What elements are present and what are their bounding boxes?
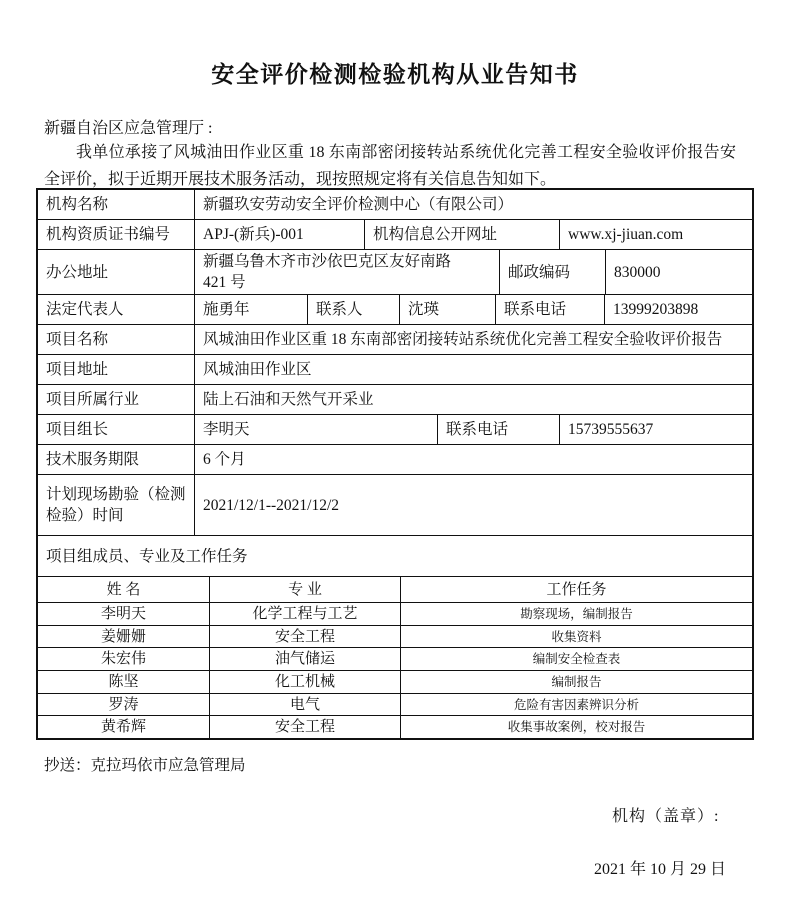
member-name-cell: 姜姗姗 bbox=[38, 626, 209, 648]
postcode-label: 邮政编码 bbox=[499, 250, 605, 294]
table-row-members-title: 项目组成员、专业及工作任务 bbox=[38, 535, 752, 576]
website-value: www.xj-jiuan.com bbox=[559, 220, 752, 249]
member-task-cell: 编制报告 bbox=[400, 671, 752, 693]
office-address-label: 办公地址 bbox=[38, 250, 194, 294]
member-row: 陈坚 化工机械 编制报告 bbox=[38, 670, 752, 693]
member-header-major: 专 业 bbox=[209, 577, 400, 602]
website-label: 机构信息公开网址 bbox=[364, 220, 559, 249]
project-name-label: 项目名称 bbox=[38, 325, 194, 354]
leader-label: 项目组长 bbox=[38, 415, 194, 444]
cert-no-value: APJ-(新兵)-001 bbox=[194, 220, 364, 249]
project-name-value: 风城油田作业区重 18 东南部密闭接转站系统优化完善工程安全验收评价报告 bbox=[194, 325, 752, 354]
table-row-leader: 项目组长 李明天 联系电话 15739555637 bbox=[38, 414, 752, 444]
table-row-org-name: 机构名称 新疆玖安劳动安全评价检测中心（有限公司） bbox=[38, 190, 752, 219]
table-row-address-postcode: 办公地址 新疆乌鲁木齐市沙依巴克区友好南路 421 号 邮政编码 830000 bbox=[38, 249, 752, 294]
seal-label: 机构（盖章）: bbox=[612, 803, 719, 826]
member-task-cell: 编制安全检查表 bbox=[400, 648, 752, 670]
table-row-survey-time: 计划现场勘验（检测检验）时间 2021/12/1--2021/12/2 bbox=[38, 474, 752, 535]
member-major-cell: 油气储运 bbox=[209, 648, 400, 670]
service-period-value: 6 个月 bbox=[194, 445, 752, 474]
member-row: 姜姗姗 安全工程 收集资料 bbox=[38, 625, 752, 648]
contact-phone-value: 13999203898 bbox=[604, 295, 752, 324]
document-title: 安全评价检测检验机构从业告知书 bbox=[0, 56, 790, 89]
org-name-value: 新疆玖安劳动安全评价检测中心（有限公司） bbox=[194, 190, 752, 219]
notification-info-table: 机构名称 新疆玖安劳动安全评价检测中心（有限公司） 机构资质证书编号 APJ-(… bbox=[36, 188, 754, 740]
leader-phone-label: 联系电话 bbox=[437, 415, 559, 444]
member-major-cell: 安全工程 bbox=[209, 716, 400, 738]
member-header-task: 工作任务 bbox=[400, 577, 752, 602]
member-major-cell: 安全工程 bbox=[209, 626, 400, 648]
contact-value: 沈瑛 bbox=[399, 295, 495, 324]
member-major-cell: 化学工程与工艺 bbox=[209, 603, 400, 625]
member-row: 朱宏伟 油气储运 编制安全检查表 bbox=[38, 647, 752, 670]
postcode-value: 830000 bbox=[605, 250, 752, 294]
member-header-row: 姓 名 专 业 工作任务 bbox=[38, 576, 752, 602]
contact-label: 联系人 bbox=[307, 295, 399, 324]
leader-value: 李明天 bbox=[194, 415, 437, 444]
member-name-cell: 黄希辉 bbox=[38, 716, 209, 738]
cert-no-label: 机构资质证书编号 bbox=[38, 220, 194, 249]
intro-paragraph: 我单位承接了风城油田作业区重 18 东南部密闭接转站系统优化完善工程安全验收评价… bbox=[44, 139, 736, 193]
member-major-cell: 化工机械 bbox=[209, 671, 400, 693]
industry-value: 陆上石油和天然气开采业 bbox=[194, 385, 752, 414]
member-name-cell: 罗涛 bbox=[38, 694, 209, 716]
org-name-label: 机构名称 bbox=[38, 190, 194, 219]
table-row-project-address: 项目地址 风城油田作业区 bbox=[38, 354, 752, 384]
cc-line: 抄送：克拉玛依市应急管理局 bbox=[44, 753, 246, 775]
date-line: 2021 年 10 月 29 日 bbox=[594, 856, 726, 879]
member-task-cell: 收集资料 bbox=[400, 626, 752, 648]
table-row-industry: 项目所属行业 陆上石油和天然气开采业 bbox=[38, 384, 752, 414]
member-row: 李明天 化学工程与工艺 勘察现场，编制报告 bbox=[38, 602, 752, 625]
member-header-name: 姓 名 bbox=[38, 577, 209, 602]
member-name-cell: 朱宏伟 bbox=[38, 648, 209, 670]
member-row: 罗涛 电气 危险有害因素辨识分析 bbox=[38, 693, 752, 716]
member-major-cell: 电气 bbox=[209, 694, 400, 716]
member-task-cell: 勘察现场，编制报告 bbox=[400, 603, 752, 625]
industry-label: 项目所属行业 bbox=[38, 385, 194, 414]
member-task-cell: 危险有害因素辨识分析 bbox=[400, 694, 752, 716]
leader-phone-value: 15739555637 bbox=[559, 415, 752, 444]
notification-document-page: 安全评价检测检验机构从业告知书 新疆自治区应急管理厅 : 我单位承接了风城油田作… bbox=[0, 0, 790, 914]
project-address-value: 风城油田作业区 bbox=[194, 355, 752, 384]
legal-rep-label: 法定代表人 bbox=[38, 295, 194, 324]
contact-phone-label: 联系电话 bbox=[495, 295, 604, 324]
table-row-cert-website: 机构资质证书编号 APJ-(新兵)-001 机构信息公开网址 www.xj-ji… bbox=[38, 219, 752, 249]
table-row-project-name: 项目名称 风城油田作业区重 18 东南部密闭接转站系统优化完善工程安全验收评价报… bbox=[38, 324, 752, 354]
office-address-value: 新疆乌鲁木齐市沙依巴克区友好南路 421 号 bbox=[194, 250, 499, 294]
survey-time-value: 2021/12/1--2021/12/2 bbox=[194, 475, 752, 535]
members-title: 项目组成员、专业及工作任务 bbox=[38, 536, 752, 576]
survey-time-label: 计划现场勘验（检测检验）时间 bbox=[38, 475, 194, 535]
member-task-cell: 收集事故案例，校对报告 bbox=[400, 716, 752, 738]
member-name-cell: 陈坚 bbox=[38, 671, 209, 693]
recipient-line: 新疆自治区应急管理厅 : bbox=[44, 115, 212, 138]
member-name-cell: 李明天 bbox=[38, 603, 209, 625]
project-address-label: 项目地址 bbox=[38, 355, 194, 384]
table-row-legal-rep: 法定代表人 施勇年 联系人 沈瑛 联系电话 13999203898 bbox=[38, 294, 752, 324]
member-row: 黄希辉 安全工程 收集事故案例，校对报告 bbox=[38, 715, 752, 738]
table-row-service-period: 技术服务期限 6 个月 bbox=[38, 444, 752, 474]
legal-rep-value: 施勇年 bbox=[194, 295, 307, 324]
service-period-label: 技术服务期限 bbox=[38, 445, 194, 474]
